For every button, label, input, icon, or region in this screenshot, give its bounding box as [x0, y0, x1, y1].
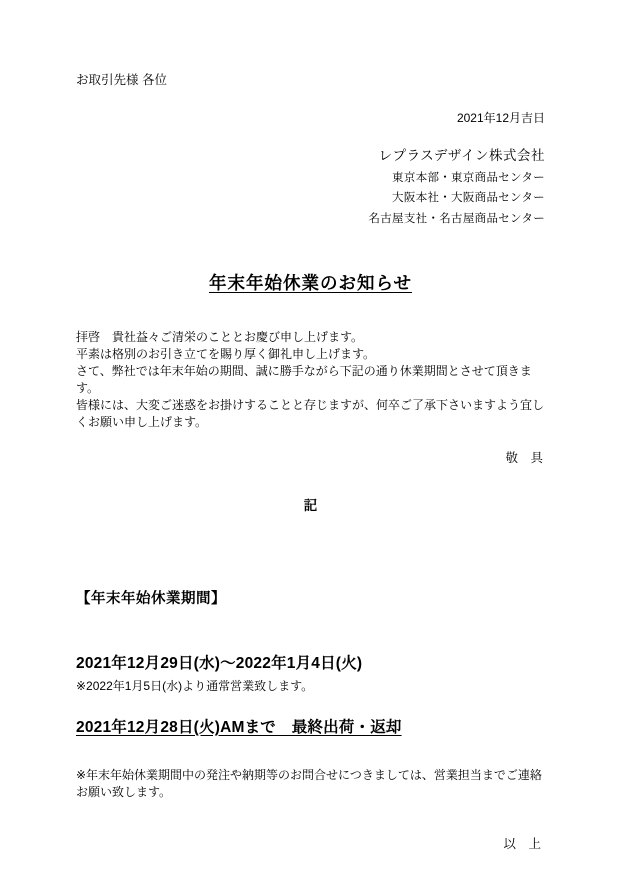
holiday-period-heading: 【年末年始休業期間】: [76, 587, 545, 608]
company-name: レプラスデザイン株式会社: [76, 144, 545, 164]
body-line-announcement: さて、弊社では年末年始の期間、誠に勝手ながら下記の通り休業期間とさせて頂きます。: [76, 363, 545, 397]
contact-instruction-note: ※年末年始休業期間中の発注や納期等のお問合せにつきましては、営業担当までご連絡お…: [76, 767, 545, 802]
company-office-nagoya: 名古屋支社・名古屋商品センター: [76, 210, 545, 226]
last-shipping-deadline: 2021年12月28日(火)AMまで 最終出荷・返却: [76, 715, 545, 737]
document-page: お取引先様 各位 2021年12月吉日 レプラスデザイン株式会社 東京本部・東京…: [0, 0, 621, 878]
body-line-thanks: 平素は格別のお引き立てを賜り厚く御礼申し上げます。: [76, 346, 545, 363]
closing-keigu: 敬 具: [76, 448, 545, 466]
letter-body: 拝啓 貴社益々ご清栄のこととお慶び申し上げます。 平素は格別のお引き立てを賜り厚…: [76, 329, 545, 431]
sender-block: レプラスデザイン株式会社 東京本部・東京商品センター 大阪本社・大阪商品センター…: [76, 144, 545, 226]
company-office-tokyo: 東京本部・東京商品センター: [76, 169, 545, 185]
body-line-apology: 皆様には、大変ご迷惑をお掛けすることと存じますが、何卒ご了承下さいますよう宜しく…: [76, 397, 545, 431]
holiday-period-dates: 2021年12月29日(水)～2022年1月4日(火): [76, 651, 545, 673]
end-mark-ijou: 以 上: [76, 834, 545, 852]
document-title: 年末年始休業のお知らせ: [76, 270, 545, 295]
body-line-greeting: 拝啓 貴社益々ご清栄のこととお慶び申し上げます。: [76, 329, 545, 346]
company-office-osaka: 大阪本社・大阪商品センター: [76, 189, 545, 205]
record-mark-ki: 記: [76, 494, 545, 514]
recipient-line: お取引先様 各位: [76, 70, 545, 88]
business-resume-note: ※2022年1月5日(水)より通常営業致します。: [76, 677, 545, 694]
document-date: 2021年12月吉日: [76, 109, 545, 126]
